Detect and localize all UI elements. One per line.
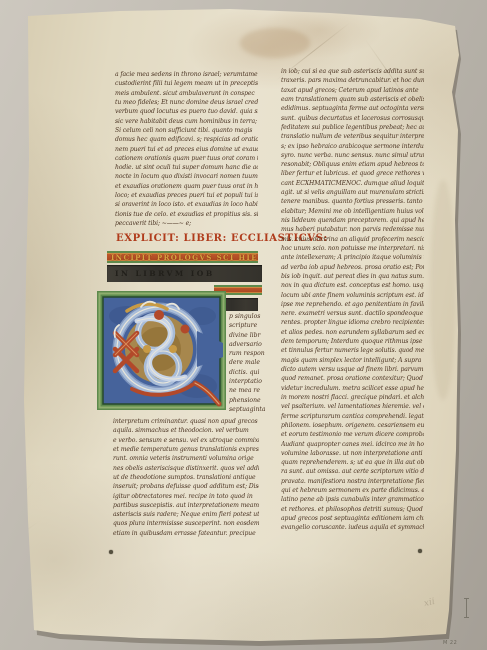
manuscript-text-line: vel psalterium. vel lamentationes hierem… — [281, 402, 424, 411]
manuscript-text-line: phensione — [229, 396, 265, 405]
manuscript-text-line: nes obelis asteriscisque distinxerit. qu… — [113, 464, 259, 473]
manuscript-text-line: locum ubi ante finem voluminis scriptum … — [281, 291, 424, 300]
manuscript-text-line: interpretum criminantur. quasi non apud … — [113, 417, 259, 426]
manuscript-text-line: aquila. simmachus et theodocion. vel ver… — [113, 426, 259, 435]
manuscript-text-line: dere male — [229, 358, 265, 367]
manuscript-text-line: nis liddeum quendam preceptorem. qui apu… — [281, 216, 424, 225]
manuscript-text-line: magis quam simplex lector intelligunt; A… — [281, 356, 424, 365]
manuscript-text-line: meis ambulent. sicut ambulaverunt in con… — [115, 89, 258, 98]
manuscript-text-line: interptatio — [229, 377, 265, 386]
manuscript-text-line: p singulos — [229, 312, 265, 321]
stain-top-center — [240, 28, 310, 58]
illuminated-initial-panel — [97, 291, 226, 410]
manuscript-text-line: loco; et exaudias preces pueri tui et po… — [115, 191, 258, 200]
manuscript-text-line: tenere manibus. quanto fortius presseris… — [281, 197, 424, 206]
manuscript-text-line: septuaginta — [229, 405, 265, 414]
manuscript-text-line: volumine laborasse. ut non interpretatio… — [281, 449, 424, 458]
manuscript-text-line: latino pene ab ipsis cunabulis inter gra… — [281, 495, 424, 504]
manuscript-text-line: nox in qua dictum est. conceptus est hom… — [281, 281, 424, 290]
manuscript-text-line: cant ΕCΧΗΜΑΤΙCΜΕΝΟC. dumque aliud loquit… — [281, 179, 424, 188]
manuscript-text-line: nocte in locum quo dixisti invocari nome… — [115, 172, 258, 181]
manuscript-text-line: liber fertur et lubricus. et quod grece … — [281, 169, 424, 178]
manuscript-text-line: inseruit; probans defuisse quod additum … — [113, 482, 259, 491]
manuscript-text-line: asteriscis suis radere; Neque enim fieri… — [113, 510, 259, 519]
mat-label: M 22 — [443, 640, 457, 646]
manuscript-text-line: ipse me reprehendo. et ago penitentiam i… — [281, 300, 424, 309]
manuscript-text-line: dictis. qui — [229, 368, 265, 377]
manuscript-text-line: hodie. ut sint oculi tui super domum han… — [115, 163, 258, 172]
manuscript-text-line: dem temporum; Interdum quoque rithmus ip… — [281, 337, 424, 346]
left-column-top-text: a facie mea sedens in throno israel; ver… — [115, 70, 258, 228]
crease-bottom-left — [0, 480, 35, 599]
manuscript-text-line: cationem orationis quam puer tuus orat c… — [115, 154, 258, 163]
manuscript-text-line: verbum quod locutus es puero tuo david. … — [115, 107, 258, 116]
crease-bottom-left-2 — [0, 520, 41, 590]
manuscript-text-line: syro. nunc verba. nunc sensus. nunc simu… — [281, 151, 424, 160]
manuscript-text-line: et exaudias orationem quam puer tuus ora… — [115, 182, 258, 191]
manuscript-text-line: dicto autem versu usque ad finem libri. … — [281, 365, 424, 374]
oxidized-title-band: IN LIBRVM IOB — [107, 265, 262, 282]
manuscript-text-line: quod remanet. prosa oratione contexitur;… — [281, 374, 424, 383]
manuscript-text-line: et rethores. et philosophos detriti sumu… — [281, 505, 424, 514]
manuscript-text-line: mus haberi putabatur. non parvis redemis… — [281, 225, 424, 234]
right-column-text: in iob; cui si ea que sub asteriscis add… — [281, 67, 424, 533]
manuscript-text-line: etiam in quibusdam errasse fateantur. pr… — [113, 529, 259, 538]
manuscript-text-line: quos plura intermisisse susceperint. non… — [113, 519, 259, 528]
crease-left-middle — [0, 290, 30, 307]
manuscript-text-line: rum respon — [229, 349, 265, 358]
manuscript-text-line: ferme scripturarum cantica comprehendi. … — [281, 412, 424, 421]
manuscript-text-line: nem pueri tui et ad preces eius domine u… — [115, 145, 258, 154]
manuscript-text-line: scripture — [229, 321, 265, 330]
manuscript-text-line: nere. exametri versus sunt. dactilo spon… — [281, 309, 424, 318]
scale-mark — [466, 598, 467, 618]
prick-hole-right — [418, 549, 422, 553]
manuscript-text-line: translatio nullum de veteribus sequitur … — [281, 132, 424, 141]
manuscript-text-line: sunt. quibus decurtatus et lacerosus cor… — [281, 114, 424, 123]
manuscript-text-line: in morem nostri flacci. grecique pindari… — [281, 393, 424, 402]
manuscript-text-line: ut de theodotione sumptos. translationi … — [113, 473, 259, 482]
manuscript-text-line: pravata. manifestiora nostra interpretat… — [281, 477, 424, 486]
manuscript-text-line: evangelio coruscante. iudeus aquila et s… — [281, 523, 424, 532]
manuscript-text-line: domus hec quam edificavi. s; respicias a… — [115, 135, 258, 144]
pencil-inscription: xii — [423, 597, 436, 609]
incipit-banner-text: INCIPIT PROLOGVS SCI HIERONIMI — [107, 253, 258, 262]
manuscript-text-line: traxeris. pars maxima detruncabitur. et … — [281, 76, 424, 85]
manuscript-text-line: ante intellexeram; A principio itaque vo… — [281, 253, 424, 262]
manuscript-text-line: in iob; cui si ea que sub asteriscis add… — [281, 67, 424, 76]
prick-hole-left — [109, 550, 113, 554]
manuscript-text-line: taxat apud grecos; Ceterum apud latinos … — [281, 86, 424, 95]
manuscript-text-line: si oraverint in loco isto. et exaudias i… — [115, 200, 258, 209]
manuscript-text-line: Audiant quapropter canes mei. idcirco me… — [281, 440, 424, 449]
manuscript-text-line: quam reprehenderem. s; ut ea que in illa… — [281, 458, 424, 467]
manuscript-text-line: runt. omnia veteris instrumenti volumina… — [113, 454, 259, 463]
incipit-banner: INCIPIT PROLOGVS SCI HIERONIMI — [107, 251, 258, 263]
manuscript-text-line: peccaverit tibi; ~——~ e; — [115, 219, 258, 228]
manuscript-text-line: tionis tue de celo. et exaudias et propi… — [115, 210, 258, 219]
manuscript-text-line: igitur obtrectatores mei. recipe in toto… — [113, 492, 259, 501]
manuscript-text-line: s; ex ipso hebraico arabicoque sermone i… — [281, 142, 424, 151]
manuscript-text-line: hoc unum scio. non potuisse me interpret… — [281, 244, 424, 253]
manuscript-leaf: a facie mea sedens in throno israel; ver… — [0, 0, 487, 650]
manuscript-text-line: partibus suscepistis. aut interpretation… — [113, 501, 259, 510]
manuscript-text-line: agit. ut si velis anguillam aut murenula… — [281, 188, 424, 197]
manuscript-text-line: ne mea re — [229, 386, 265, 395]
manuscript-text-line: qui et hebreum sermonem ex parte didicim… — [281, 486, 424, 495]
manuscript-text-line: et medie temperatum genus translationis … — [113, 445, 259, 454]
manuscript-text-line: custodierint filii tui legem meam ut in … — [115, 79, 258, 88]
manuscript-text-line: et alios pedes. non earundem syllabarum … — [281, 328, 424, 337]
manuscript-text-line: edidimus. septuaginta ferme aut octogint… — [281, 104, 424, 113]
left-column-bottom-text: interpretum criminantur. quasi non apud … — [113, 417, 259, 538]
initial-side-column-text: p singulosscripturedivine libradversario… — [229, 312, 265, 414]
manuscript-text-line: rentes. propter lingue idioma crebro rec… — [281, 318, 424, 327]
oxidized-title-text: IN LIBRVM IOB — [107, 269, 215, 278]
manuscript-text-line: mis. cuius doctrina an aliquid profeceri… — [281, 235, 424, 244]
manuscript-text-line: tu meo fideles; Et nunc domine deus isra… — [115, 98, 258, 107]
manuscript-text-line: eam translationem quam sub asteriscis et… — [281, 95, 424, 104]
manuscript-text-line: ad verba iob apud hebreos. prosa oratio … — [281, 263, 424, 272]
manuscript-text-line: e verbo. sensum e sensu. vel ex utroque … — [113, 436, 259, 445]
manuscript-text-line: feditatem sui publice legentibus prebeat… — [281, 123, 424, 132]
manuscript-text-line: adversario — [229, 340, 265, 349]
manuscript-text-line: elabitur; Memini me ob intelligentiam hu… — [281, 207, 424, 216]
manuscript-text-line: ra sunt. aut omissa. aut certe scriptoru… — [281, 467, 424, 476]
manuscript-text-line: resonabit; Obliquus enim etiam apud hebr… — [281, 160, 424, 169]
manuscript-text-line: sic vere habitabit deus cum hominibus in… — [115, 117, 258, 126]
manuscript-text-line: bis iob inquit. aut pereat dies in qua n… — [281, 272, 424, 281]
manuscript-text-line: videtur incredulum. metra scilicet esse … — [281, 384, 424, 393]
manuscript-text-line: divine libr — [229, 331, 265, 340]
manuscript-text-line: et eorum testimonio me verum dicere comp… — [281, 430, 424, 439]
manuscript-text-line: apud grecos post septuaginta editionem i… — [281, 514, 424, 523]
manuscript-text-line: Si celum celi non sufficiunt tibi. quant… — [115, 126, 258, 135]
manuscript-text-line: et tinnulus fertur numeris lege solutis.… — [281, 346, 424, 355]
initial-letter-C-icon — [97, 291, 226, 410]
stain-right-edge — [430, 180, 456, 400]
manuscript-text-line: philonem. iosephum. origenem. cesariense… — [281, 421, 424, 430]
manuscript-text-line: a facie mea sedens in throno israel; ver… — [115, 70, 258, 79]
